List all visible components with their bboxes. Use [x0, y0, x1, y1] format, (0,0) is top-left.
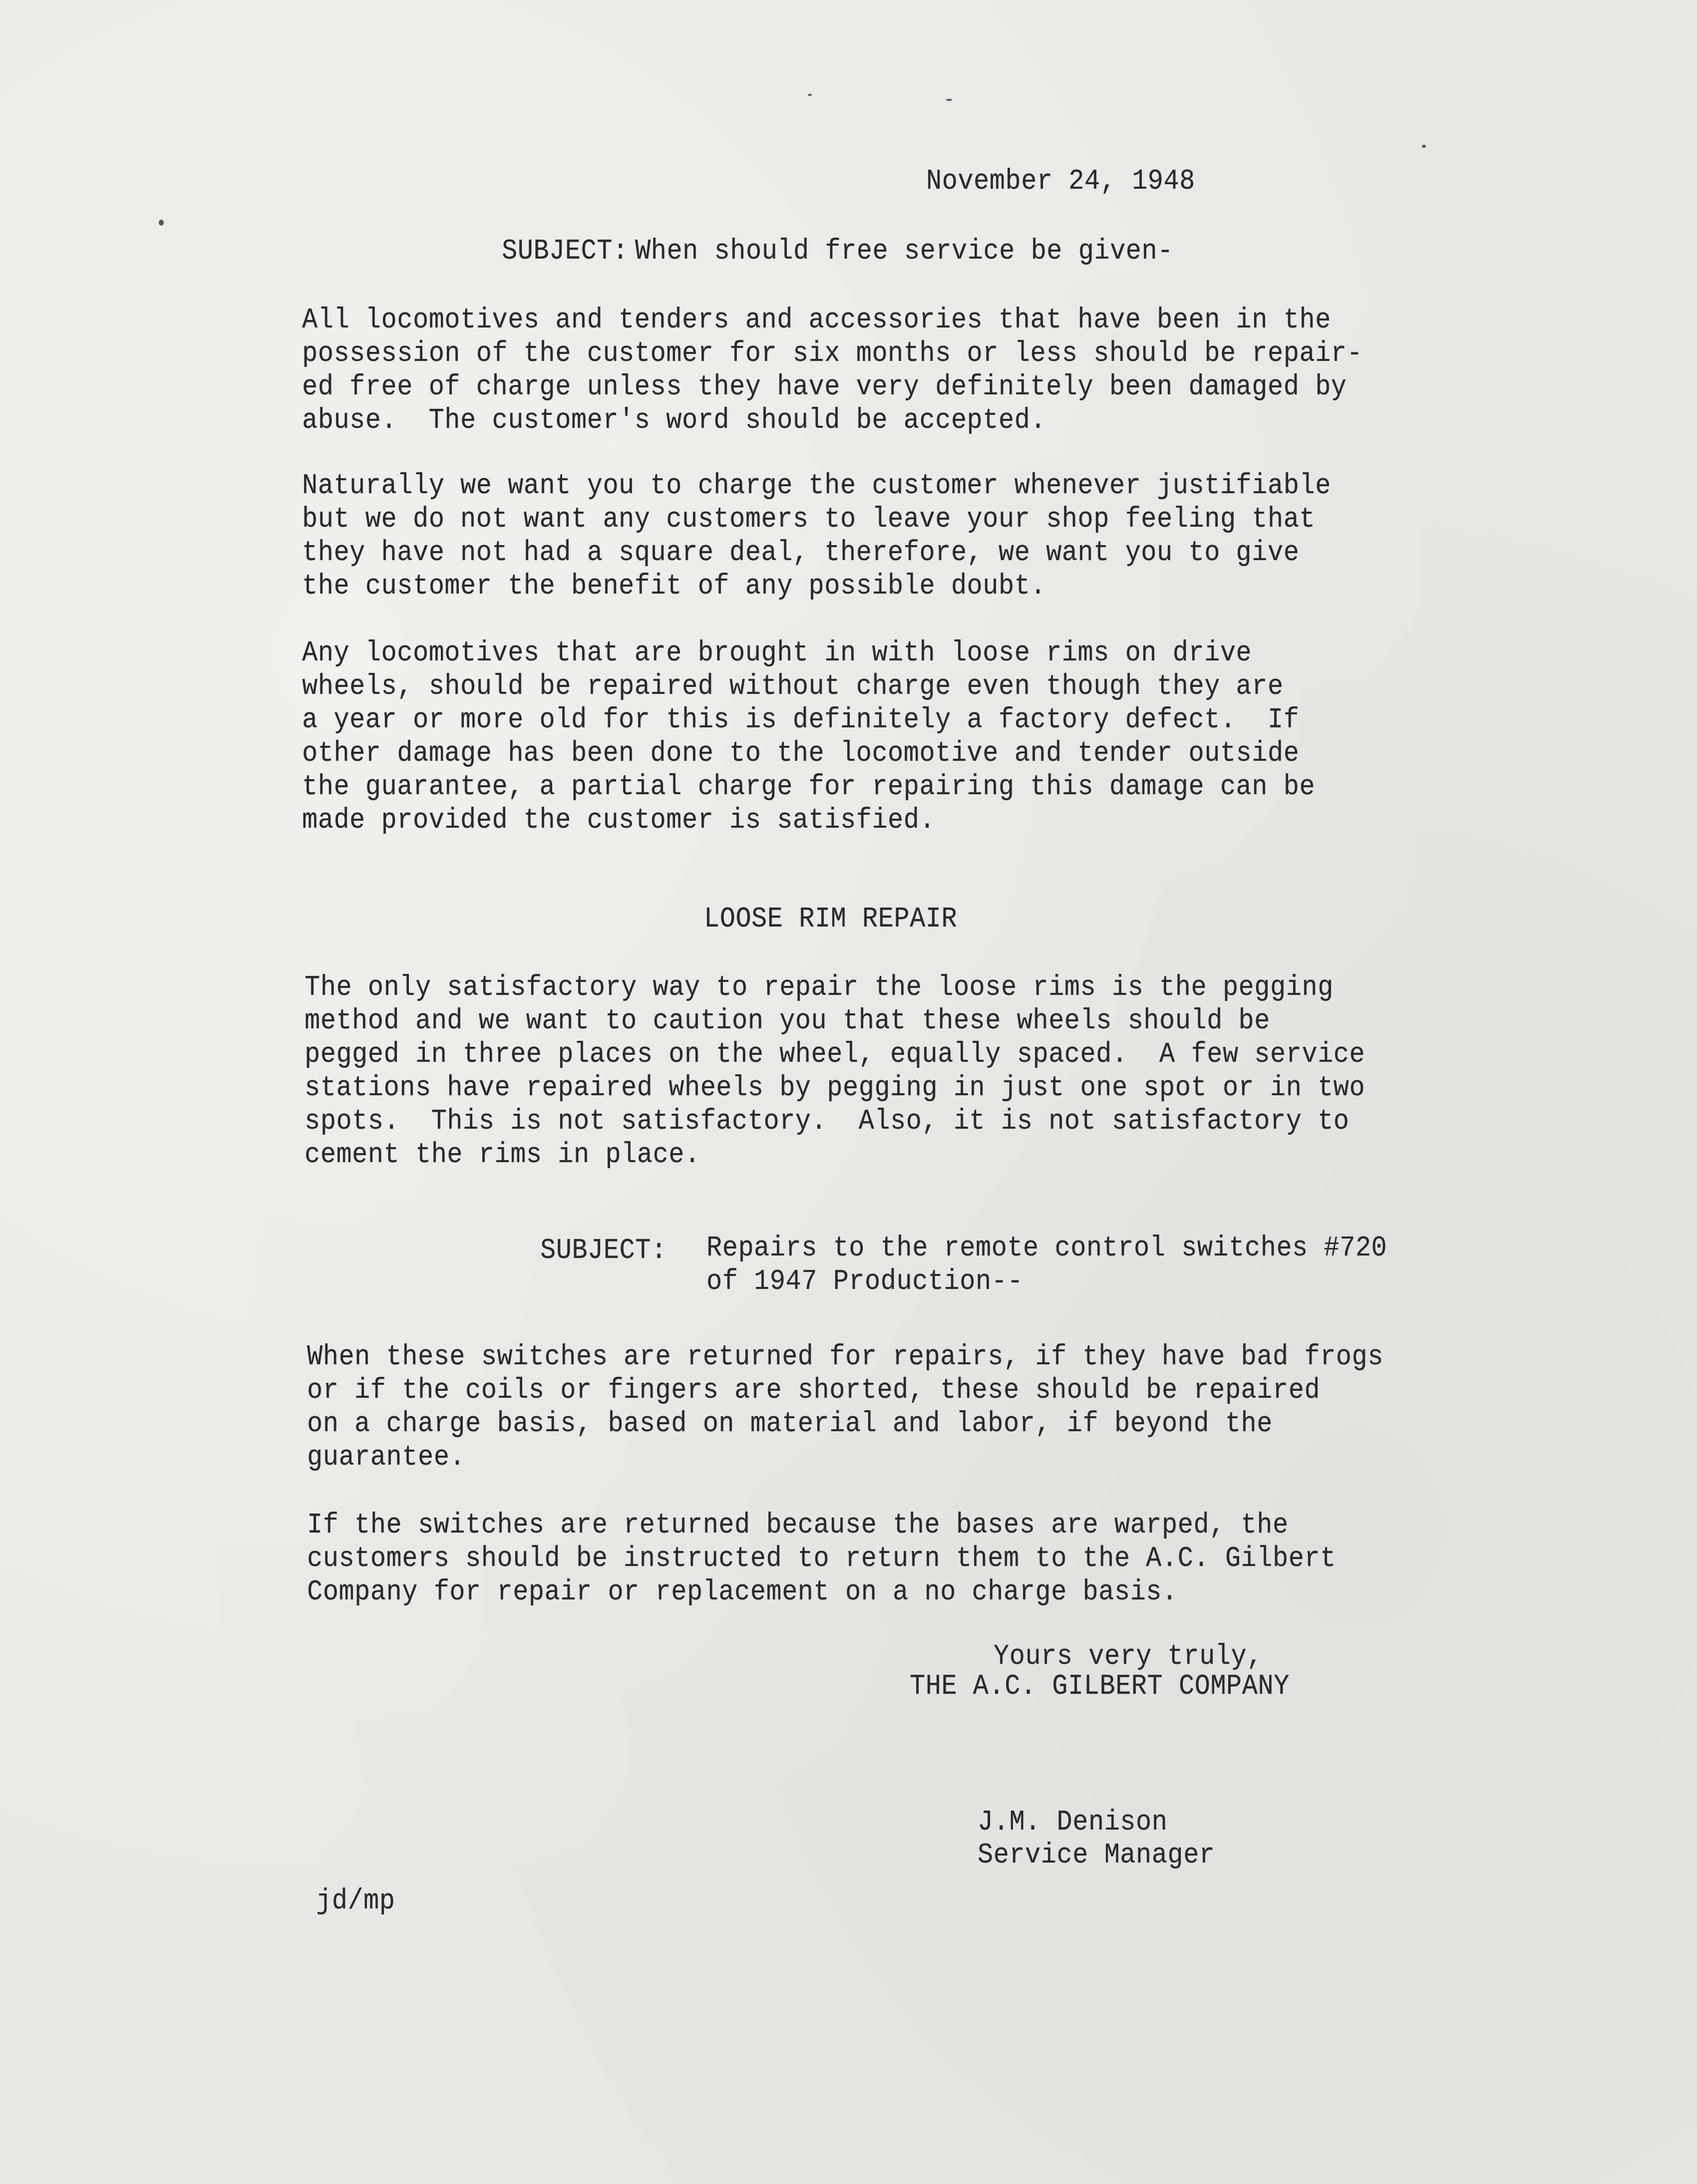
- signer-title: Service Manager: [978, 1839, 1215, 1872]
- subject-text-2-line2: of 1947 Production--: [706, 1265, 1023, 1298]
- paragraph-line: but we do not want any customers to leav…: [302, 503, 1315, 536]
- paragraph-line: stations have repaired wheels by pegging…: [305, 1071, 1365, 1105]
- paragraph-line: customers should be instructed to return…: [307, 1542, 1336, 1575]
- section-heading: LOOSE RIM REPAIR: [704, 903, 957, 936]
- letter-page: November 24, 1948 SUBJECT: When should f…: [0, 0, 1697, 2184]
- paragraph-line: wheels, should be repaired without charg…: [302, 670, 1284, 703]
- reference-initials: jd/mp: [316, 1884, 395, 1918]
- signer-name: J.M. Denison: [978, 1806, 1167, 1839]
- paragraph-line: If the switches are returned because the…: [307, 1509, 1289, 1542]
- paragraph-line: guarantee.: [307, 1441, 465, 1474]
- paragraph-line: Company for repair or replacement on a n…: [307, 1575, 1178, 1609]
- letter-date: November 24, 1948: [926, 165, 1195, 198]
- paragraph-line: Naturally we want you to charge the cust…: [302, 469, 1331, 503]
- paragraph-line: on a charge basis, based on material and…: [307, 1407, 1273, 1441]
- subject-text-1: When should free service be given-: [635, 235, 1173, 268]
- company-name: THE A.C. GILBERT COMPANY: [910, 1670, 1290, 1703]
- subject-text-2-line1: Repairs to the remote control switches #…: [706, 1232, 1387, 1265]
- subject-label-2: SUBJECT:: [540, 1234, 667, 1267]
- paper-speck: [159, 220, 164, 226]
- paragraph-line: spots. This is not satisfactory. Also, i…: [305, 1105, 1350, 1138]
- closing-salutation: Yours very truly,: [994, 1640, 1263, 1673]
- paragraph-line: method and we want to caution you that t…: [305, 1004, 1270, 1038]
- paragraph-line: Any locomotives that are brought in with…: [302, 636, 1252, 670]
- paragraph-line: abuse. The customer's word should be acc…: [302, 404, 1046, 437]
- paragraph-line: The only satisfactory way to repair the …: [305, 971, 1334, 1004]
- paragraph-line: the customer the benefit of any possible…: [302, 570, 1046, 603]
- paragraph-line: cement the rims in place.: [305, 1138, 700, 1172]
- paragraph-line: a year or more old for this is definitel…: [302, 703, 1299, 737]
- paragraph-line: or if the coils or fingers are shorted, …: [307, 1374, 1320, 1407]
- paragraph-line: made provided the customer is satisfied.: [302, 804, 935, 837]
- paper-speck: [1422, 145, 1426, 148]
- subject-label-1: SUBJECT:: [502, 235, 629, 268]
- paragraph-line: other damage has been done to the locomo…: [302, 737, 1299, 770]
- paragraph-line: When these switches are returned for rep…: [307, 1340, 1383, 1374]
- paragraph-line: ed free of charge unless they have very …: [302, 370, 1347, 404]
- paragraph-line: possession of the customer for six month…: [302, 337, 1362, 370]
- paragraph-line: the guarantee, a partial charge for repa…: [302, 770, 1315, 804]
- paragraph-line: All locomotives and tenders and accessor…: [302, 304, 1331, 337]
- paper-speck: [946, 99, 952, 101]
- paragraph-line: they have not had a square deal, therefo…: [302, 536, 1299, 570]
- paragraph-line: pegged in three places on the wheel, equ…: [305, 1038, 1365, 1071]
- paper-speck: [808, 94, 812, 96]
